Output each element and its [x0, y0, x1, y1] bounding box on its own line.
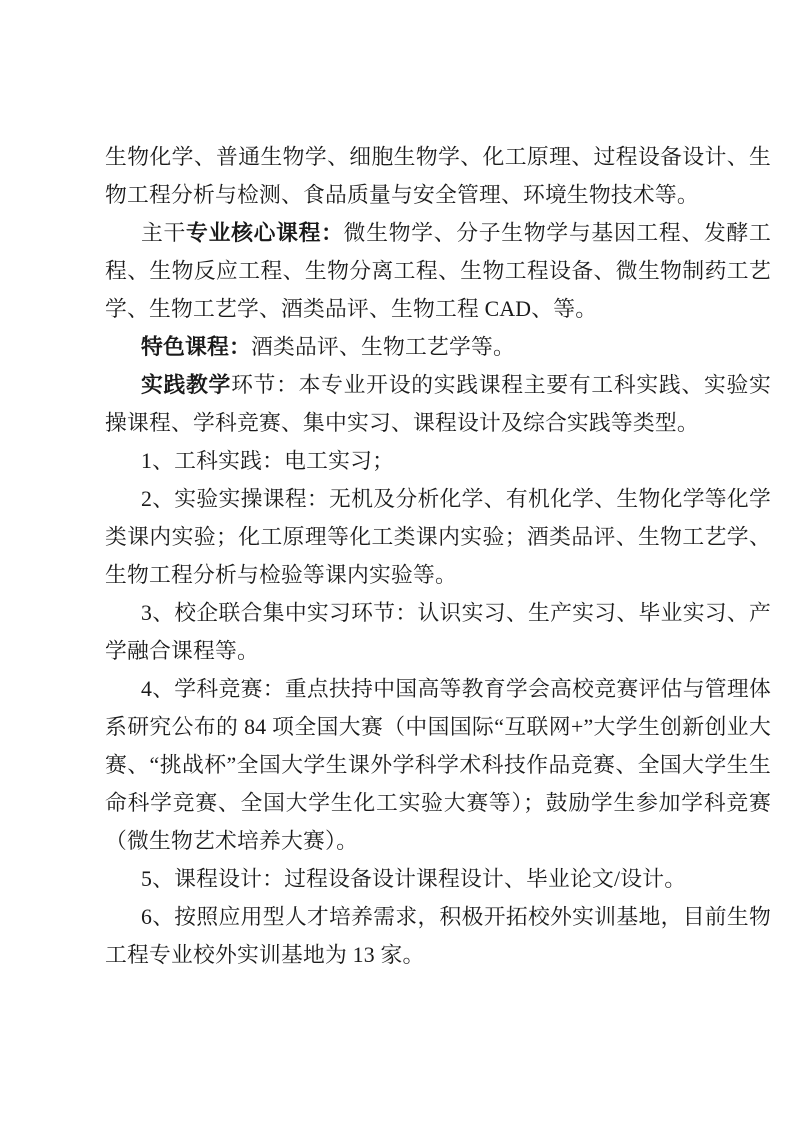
bold-text-run: 专业核心课程：: [186, 221, 344, 245]
text-run: 6、按照应用型人才培养需求，积极开拓校外实训基地，目前生物工程专业校外实训基地为…: [105, 905, 771, 967]
list-item-3-internship: 3、校企联合集中实习环节：认识实习、生产实习、毕业实习、产学融合课程等。: [105, 594, 771, 670]
bold-text-run: 特色课程：: [141, 335, 251, 359]
text-run: 2、实验实操课程：无机及分析化学、有机化学、生物化学等化学类课内实验；化工原理等…: [105, 487, 771, 587]
paragraph-core-courses: 主干专业核心课程：微生物学、分子生物学与基因工程、发酵工程、生物反应工程、生物分…: [105, 214, 771, 328]
list-item-4-competitions: 4、学科竞赛：重点扶持中国高等教育学会高校竞赛评估与管理体系研究公布的 84 项…: [105, 670, 771, 860]
document-body: 生物化学、普通生物学、细胞生物学、化工原理、过程设备设计、生物工程分析与检测、食…: [105, 138, 771, 974]
list-item-6-training-bases: 6、按照应用型人才培养需求，积极开拓校外实训基地，目前生物工程专业校外实训基地为…: [105, 898, 771, 974]
text-run: 主干: [141, 221, 186, 245]
list-item-5-course-design: 5、课程设计：过程设备设计课程设计、毕业论文/设计。: [105, 860, 771, 898]
paragraph-continuation-basic-courses: 生物化学、普通生物学、细胞生物学、化工原理、过程设备设计、生物工程分析与检测、食…: [105, 138, 771, 214]
text-run: 酒类品评、生物工艺学等。: [251, 335, 515, 359]
list-item-1-engineering-practice: 1、工科实践：电工实习；: [105, 442, 771, 480]
bold-text-run: 实践教学: [141, 373, 231, 397]
list-item-2-lab-courses: 2、实验实操课程：无机及分析化学、有机化学、生物化学等化学类课内实验；化工原理等…: [105, 480, 771, 594]
text-run: 生物化学、普通生物学、细胞生物学、化工原理、过程设备设计、生物工程分析与检测、食…: [105, 145, 771, 207]
text-run: 1、工科实践：电工实习；: [141, 449, 394, 473]
paragraph-practice-teaching: 实践教学环节：本专业开设的实践课程主要有工科实践、实验实操课程、学科竞赛、集中实…: [105, 366, 771, 442]
document-page: 生物化学、普通生物学、细胞生物学、化工原理、过程设备设计、生物工程分析与检测、食…: [0, 0, 793, 1122]
paragraph-special-courses: 特色课程：酒类品评、生物工艺学等。: [105, 328, 771, 366]
text-run: 3、校企联合集中实习环节：认识实习、生产实习、毕业实习、产学融合课程等。: [105, 601, 771, 663]
text-run: 5、课程设计：过程设备设计课程设计、毕业论文/设计。: [141, 867, 686, 891]
text-run: 4、学科竞赛：重点扶持中国高等教育学会高校竞赛评估与管理体系研究公布的 84 项…: [105, 677, 771, 853]
